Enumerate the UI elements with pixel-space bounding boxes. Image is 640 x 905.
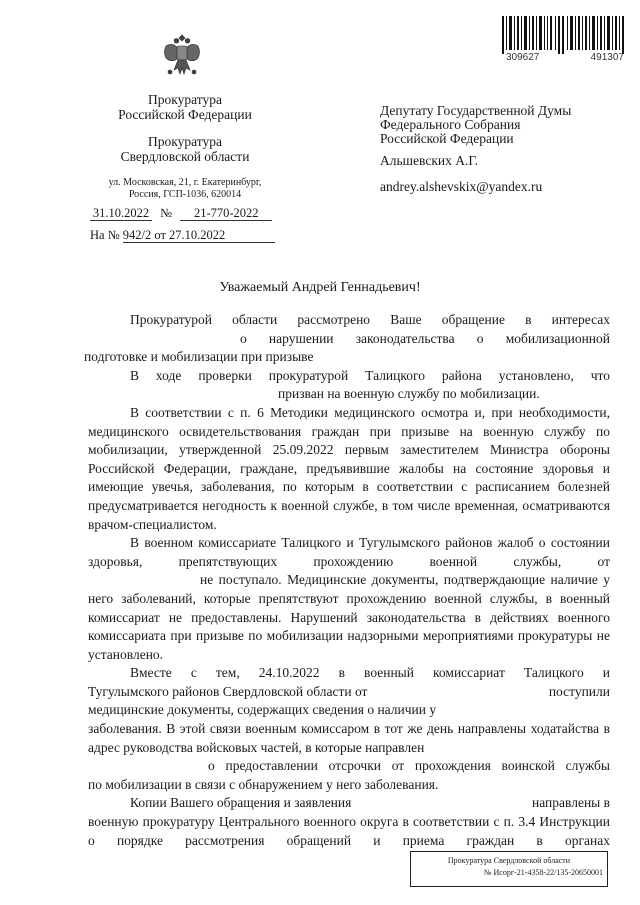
registration-line: 31.10.2022 № 21-770-2022 — [90, 206, 272, 221]
reply-reference-line: На № 942/2 от 27.10.2022 — [90, 228, 275, 243]
recipient-title: Депутату Государственной Думы Федерально… — [380, 104, 630, 146]
letter-body: Прокуратурой области рассмотрено Ваше об… — [88, 311, 610, 850]
recipient-title-line2: Федерального Собрания — [380, 118, 630, 132]
paragraph-3: В соответствии с п. 6 Методики медицинск… — [88, 404, 610, 534]
recipient-title-line1: Депутату Государственной Думы — [380, 104, 630, 118]
paragraph-5-line-2b: поступили — [549, 683, 610, 702]
stamp-number: № Исорг-21-4358-22/135-20650001 — [415, 867, 603, 879]
paragraph-4-line-1: В военном комиссариате Талицкого и Тугул… — [88, 534, 610, 571]
reply-reference: 942/2 от 27.10.2022 — [123, 228, 275, 243]
paragraph-5-line-3: медицинские документы, содержащих сведен… — [88, 701, 610, 720]
sender-org: Прокуратура Российской Федерации — [90, 92, 280, 122]
outgoing-date: 31.10.2022 — [90, 206, 152, 221]
paragraph-6-line-1b: направлены в — [532, 794, 610, 813]
barcode-bars-icon — [500, 16, 628, 54]
paragraph-1-line-1: Прокуратурой области рассмотрено Ваше об… — [88, 311, 610, 330]
sender-address-line2: Россия, ГСП-1036, 620014 — [90, 189, 280, 201]
paragraph-6-line-1: Копии Вашего обращения и заявления напра… — [88, 794, 610, 813]
paragraph-1-line-3: подготовке и мобилизации при призыве — [84, 348, 610, 367]
russian-coat-of-arms-icon — [160, 32, 204, 82]
barcode-left-digits: 309627 — [506, 52, 539, 63]
sender-address-line1: ул. Московская, 21, г. Екатеринбург, — [90, 177, 280, 189]
recipient-email: andrey.alshevskix@yandex.ru — [380, 180, 630, 194]
sender-org-line2: Российской Федерации — [90, 107, 280, 122]
barcode-right-digits: 491307 — [591, 52, 624, 63]
paragraph-5-line-6: по мобилизации в связи с обнаружением у … — [88, 776, 610, 795]
paragraph-5-line-1: Вместе с тем, 24.10.2022 в военный комис… — [88, 664, 610, 683]
paragraph-6-line-1a: Копии Вашего обращения и заявления — [130, 794, 351, 813]
paragraph-5-line-4: заболевания. В этой связи военным комисс… — [88, 720, 610, 757]
paragraph-5-line-5: о предоставлении отсрочки от прохождения… — [88, 757, 610, 776]
reply-prefix: На № — [90, 228, 120, 242]
paragraph-6-rest: военную прокуратуру Центрального военног… — [88, 813, 610, 850]
paragraph-1-line-2: о нарушении законодательства о мобилизац… — [88, 330, 610, 349]
sender-sub-org-line2: Свердловской области — [90, 149, 280, 164]
stamp-org: Прокуратура Свердловской области — [415, 855, 603, 867]
number-sign: № — [155, 206, 177, 221]
greeting: Уважаемый Андрей Геннадьевич! — [0, 280, 640, 296]
sender-address: ул. Московская, 21, г. Екатеринбург, Рос… — [90, 177, 280, 201]
sender-sub-org: Прокуратура Свердловской области — [90, 134, 280, 164]
outgoing-number: 21-770-2022 — [180, 206, 272, 221]
paragraph-2-line-2: призван на военную службу по мобилизации… — [88, 385, 610, 404]
barcode — [500, 16, 628, 56]
paragraph-5-line-2a: Тугулымского районов Свердловской област… — [88, 683, 367, 702]
barcode-number: 309627 491307 — [502, 52, 628, 63]
sender-org-line1: Прокуратура — [90, 92, 280, 107]
registration-stamp: Прокуратура Свердловской области № Исорг… — [410, 851, 608, 887]
recipient-name: Альшевских А.Г. — [380, 154, 630, 168]
sender-sub-org-line1: Прокуратура — [90, 134, 280, 149]
recipient-title-line3: Российской Федерации — [380, 132, 630, 146]
paragraph-4-rest: не поступало. Медицинские документы, под… — [88, 571, 610, 664]
paragraph-2-line-1: В ходе проверки прокуратурой Талицкого р… — [88, 367, 610, 386]
paragraph-5-line-2: Тугулымского районов Свердловской област… — [88, 683, 610, 702]
